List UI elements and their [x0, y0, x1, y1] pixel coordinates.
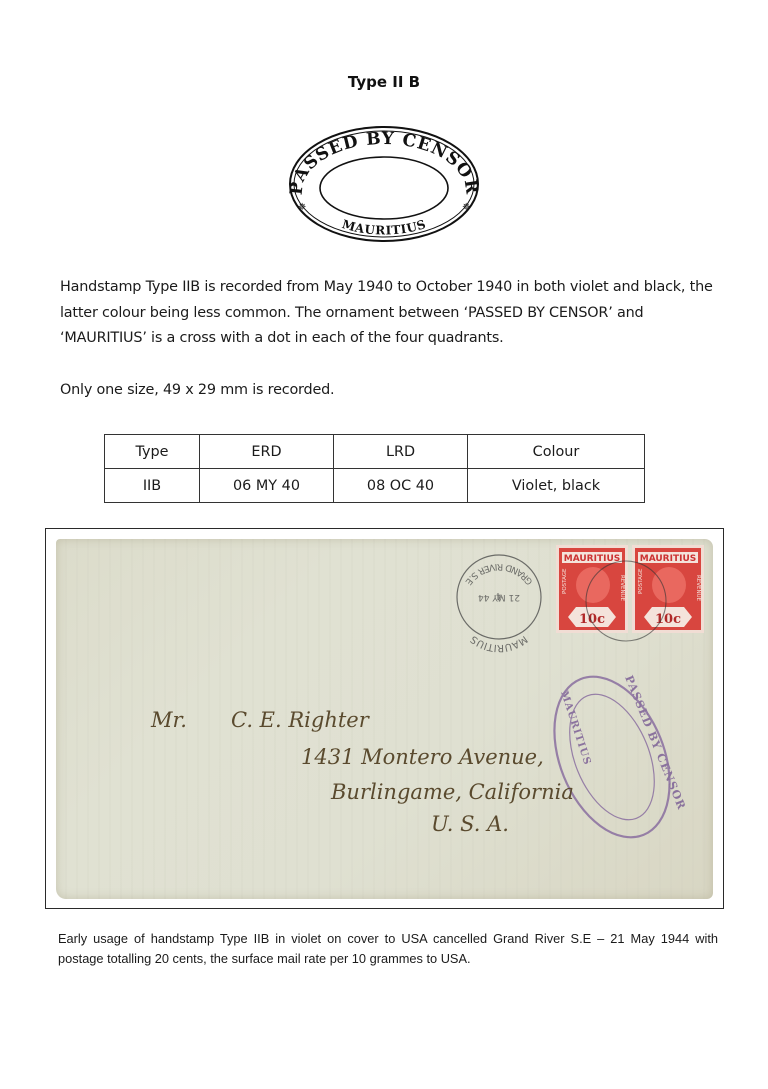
svg-text:REVENUE: REVENUE [619, 575, 625, 602]
svg-text:10c: 10c [579, 612, 605, 627]
cell-lrd: 08 OC 40 [334, 469, 468, 503]
svg-text:C. E. Righter: C. E. Righter [231, 708, 371, 732]
handwritten-address: Mr. C. E. Righter 1431 Montero Avenue, B… [150, 708, 574, 836]
cell-type: IIB [105, 469, 200, 503]
stamp-1: MAURITIUS POSTAGE REVENUE 10c [556, 545, 628, 633]
svg-text:✵: ✵ [462, 202, 470, 213]
description-paragraph-1: Handstamp Type IIB is recorded from May … [60, 275, 725, 352]
cell-erd: 06 MY 40 [200, 469, 334, 503]
svg-text:GRAND RIVER S.E: GRAND RIVER S.E [462, 561, 535, 587]
illustration-top-text: PASSED BY CENSOR [287, 129, 482, 196]
cell-colour: Violet, black [468, 469, 645, 503]
svg-text:REVENUE: REVENUE [695, 575, 701, 602]
svg-text:Burlingame, California: Burlingame, California [330, 780, 574, 804]
header-colour: Colour [468, 435, 645, 469]
svg-text:✵: ✵ [298, 202, 306, 213]
table-row: IIB 06 MY 40 08 OC 40 Violet, black [105, 469, 645, 503]
svg-text:MAURITIUS: MAURITIUS [640, 554, 697, 564]
header-erd: ERD [200, 435, 334, 469]
stamp-2: MAURITIUS POSTAGE REVENUE 10c [632, 545, 704, 633]
postal-cover: MAURITIUS GRAND RIVER S.E 4 21 MY 44 MAU… [56, 539, 713, 899]
postmark-grand-river: MAURITIUS GRAND RIVER S.E 4 21 MY 44 [457, 555, 541, 653]
svg-text:U. S. A.: U. S. A. [431, 812, 509, 836]
header-type: Type [105, 435, 200, 469]
cover-image-frame: MAURITIUS GRAND RIVER S.E 4 21 MY 44 MAU… [45, 528, 724, 909]
svg-text:MAURITIUS: MAURITIUS [564, 554, 621, 564]
record-table: Type ERD LRD Colour IIB 06 MY 40 08 OC 4… [104, 434, 645, 503]
svg-text:POSTAGE: POSTAGE [562, 568, 568, 594]
svg-text:PASSED BY CENSOR: PASSED BY CENSOR [287, 129, 482, 196]
svg-text:PASSED BY CENSOR: PASSED BY CENSOR [622, 673, 688, 811]
table-header-row: Type ERD LRD Colour [105, 435, 645, 469]
svg-text:MAURITIUS: MAURITIUS [469, 633, 529, 653]
cover-caption: Early usage of handstamp Type IIB in vio… [58, 929, 718, 968]
description-paragraph-2: Only one size, 49 x 29 mm is recorded. [60, 378, 725, 404]
svg-text:MAURITIUS: MAURITIUS [558, 690, 592, 767]
handstamp-illustration: PASSED BY CENSOR MAURITIUS ✵ ✵ [284, 122, 484, 244]
svg-text:POSTAGE: POSTAGE [638, 568, 644, 594]
svg-text:21 MY 44: 21 MY 44 [478, 592, 520, 602]
cross-ornament-icon: ✵ ✵ [298, 202, 470, 213]
header-lrd: LRD [334, 435, 468, 469]
caption-line-2: postage totalling 20 cents, the surface … [58, 951, 471, 966]
caption-line-1: Early usage of handstamp Type IIB in vio… [58, 929, 718, 949]
page-title: Type II B [0, 73, 768, 91]
svg-text:10c: 10c [655, 612, 681, 627]
svg-text:1431 Montero Avenue,: 1431 Montero Avenue, [301, 745, 544, 769]
svg-text:Mr.: Mr. [150, 708, 187, 732]
censor-handstamp: PASSED BY CENSOR MAURITIUS [532, 660, 691, 855]
